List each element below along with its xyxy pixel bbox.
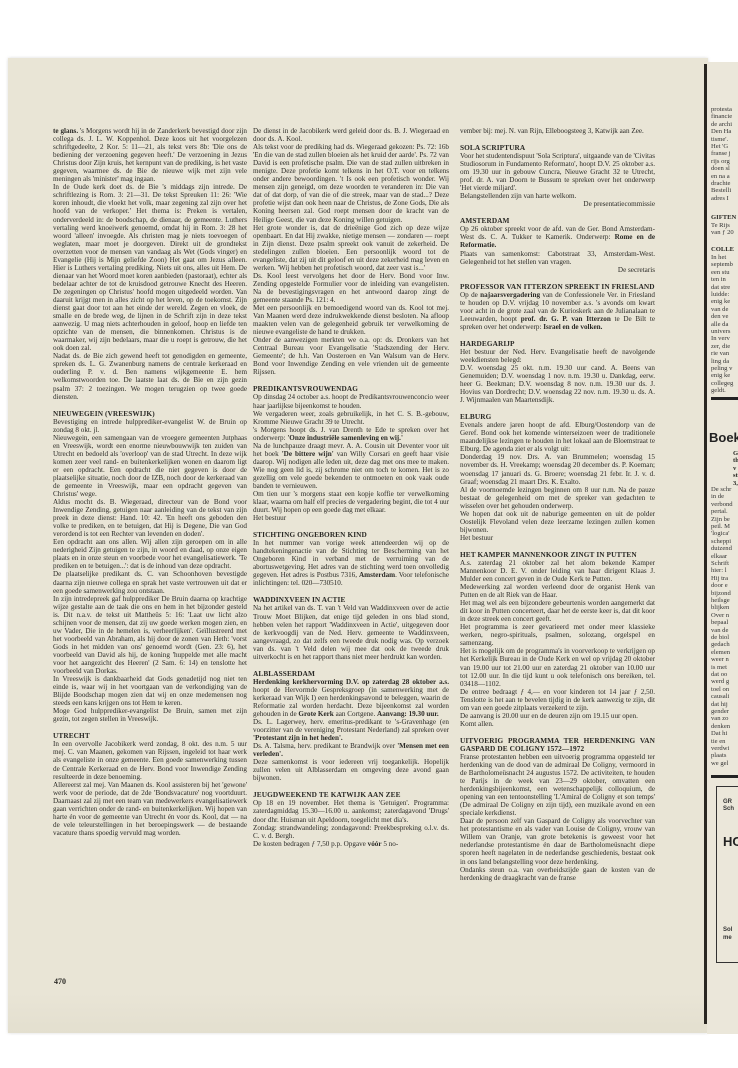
article-paragraph: Onder de aanwezigen merkten we o.a. op: …: [253, 336, 449, 376]
article-heading: HARDEGARIJP: [460, 340, 655, 348]
article-paragraph: Moge God hulpprediker-evangelist De Brui…: [53, 707, 247, 723]
article-paragraph: Zondag: strandwandeling; zondagavond: Pr…: [253, 824, 449, 840]
article-paragraph: Na het artikel van ds. T. van 't Veld va…: [253, 604, 449, 660]
adjacent-text-line: de archi: [711, 121, 738, 128]
ad-text: Sch: [723, 806, 734, 813]
article-heading: NIEUWEGEIN (VREESWIJK): [53, 410, 247, 418]
article-paragraph: Allereerst zal mej. Van Maanen ds. Kool …: [53, 781, 247, 837]
article-paragraph: Deze samenkomst is voor iedereen vrij to…: [253, 758, 449, 782]
article-paragraph: 's Morgens hoopt ds. J. van Drenth te Ed…: [253, 426, 449, 442]
adjacent-text-line: In verv: [711, 335, 738, 342]
article-paragraph: Het is mogelijk om de programma's in voo…: [460, 647, 655, 687]
adjacent-heading-boek: Boek: [709, 430, 738, 445]
adjacent-text-line: causali: [711, 693, 738, 700]
adjacent-text-line: van de: [711, 627, 738, 634]
adjacent-text-line: den ve: [711, 313, 738, 320]
adjacent-subheading: v: [733, 465, 736, 472]
adjacent-text-line: In het: [711, 254, 738, 261]
article-paragraph: Op dinsdag 24 october a.s. hoopt de Pred…: [253, 393, 449, 409]
adjacent-text-line: van zo: [711, 715, 738, 722]
adjacent-text-line: franse j: [711, 150, 738, 157]
article-paragraph: Nadat ds. de Bie zich gewend heeft tot g…: [53, 352, 247, 400]
adjacent-text-line: een stu: [711, 269, 738, 276]
article-paragraph: Het bestuur: [253, 514, 449, 522]
adjacent-text-line: dat oo: [711, 671, 738, 678]
adjacent-text-line: Dat hi: [711, 730, 738, 737]
article-paragraph: Op 18 en 19 november. Het thema is 'Getu…: [253, 799, 449, 823]
adjacent-text-line: van de: [711, 306, 738, 313]
article-paragraph: te glans. 's Morgens wordt hij in de Zan…: [53, 127, 247, 183]
adjacent-text-line: de biol: [711, 634, 738, 641]
adjacent-text-line: adres I: [711, 195, 738, 202]
adjacent-text-line: en na a: [711, 173, 738, 180]
article-paragraph: Bevestiging en intrede hulpprediker-evan…: [53, 418, 247, 434]
adjacent-text-line: financie: [711, 113, 738, 120]
article-heading: HET KAMPER MANNENKOOR ZINGT IN PUTTEN: [460, 551, 655, 559]
article-paragraph: Het programma is zeer gevarieerd met ond…: [460, 623, 655, 647]
article-paragraph: Plaats van samenkomst: Cabotstraat 33, A…: [460, 250, 655, 266]
adjacent-text-line: scheppi: [711, 538, 738, 545]
adjacent-text-line: dat hij: [711, 701, 738, 708]
adjacent-text-line: zer, die: [711, 343, 738, 350]
article-paragraph: Al de voornoemde lezingen beginnen om 8 …: [460, 486, 655, 510]
adjacent-heading-giften: GIFTEN: [711, 214, 736, 221]
column-2: De dienst in de Jacobikerk werd geleid d…: [253, 127, 449, 848]
article-paragraph: Ondanks steun o.a. van overheidszijde ga…: [460, 866, 655, 882]
adjacent-text-line: univers: [711, 328, 738, 335]
adjacent-text-line: gender: [711, 708, 738, 715]
adjacent-subheading: th: [733, 457, 738, 464]
article-heading: PREDIKANTSVROUWENDAG: [253, 385, 449, 393]
adjacent-text-line: 'logica': [711, 530, 738, 537]
adjacent-text-line: elemen: [711, 649, 738, 656]
adjacent-text-line: van ƒ 20: [711, 229, 738, 236]
adjacent-subheading: G: [733, 450, 738, 457]
adjacent-text-line: Zijn be: [711, 516, 738, 523]
adjacent-text-line: De schr: [711, 486, 738, 493]
article-paragraph: De kosten bedragen ƒ 7,50 p.p. Opgave vó…: [253, 840, 449, 848]
adjacent-heading-collecte: COLLE: [711, 246, 734, 253]
adjacent-text-line: enig ke: [711, 298, 738, 305]
adjacent-text-line: blijken: [711, 604, 738, 611]
adjacent-text-line: plaats: [711, 752, 738, 759]
ad-headline: HO: [723, 834, 738, 849]
article-paragraph: Belangstellenden zijn van harte welkom.: [460, 192, 655, 200]
article-paragraph: Het bestuur der Ned. Herv. Evangelisatie…: [460, 348, 655, 364]
adjacent-text-line: denken: [711, 723, 738, 730]
adjacent-text-line: weer n: [711, 656, 738, 663]
article-paragraph: Op de najaarsvergadering van de Confessi…: [460, 291, 655, 331]
article-paragraph: Nieuwegein, een samengaan van de vroeger…: [53, 434, 247, 498]
article-paragraph: Aldus mocht ds. B. Wiegeraad, directeur …: [53, 498, 247, 538]
adjacent-text-line: Hij tra: [711, 575, 738, 582]
adjacent-text-line: rie van: [711, 350, 738, 357]
ad-text: me: [723, 935, 732, 942]
adjacent-text-line: Schrift: [711, 560, 738, 567]
article-paragraph: A.s. zaterdag 21 oktober zal het alom be…: [460, 559, 655, 583]
article-paragraph: Het mag wel als een bijzondere gebeurten…: [460, 599, 655, 623]
adjacent-subheading: st: [733, 472, 738, 479]
adjacent-text-line: heilsge: [711, 597, 738, 604]
adjacent-text-line: Den Ha: [711, 128, 738, 135]
adjacent-text-line: Over n: [711, 612, 738, 619]
adjacent-text-line: peling v: [711, 365, 738, 372]
article-paragraph: Ds. A. Talsma, herv. predikant te Brandw…: [253, 742, 449, 758]
article-heading: ELBURG: [460, 413, 655, 421]
advertisement-box: GRSchHOSolme: [716, 786, 738, 963]
adjacent-text-line: we gel: [711, 760, 738, 767]
adjacent-text-line: tie en: [711, 738, 738, 745]
article-paragraph: In Vreeswijk is dankbaarheid dat Gods ge…: [53, 675, 247, 707]
article-paragraph: We vergaderen weer, zoals gebruikelijk, …: [253, 410, 449, 426]
adjacent-text-line: is met: [711, 664, 738, 671]
adjacent-text-line: geldt.: [711, 387, 738, 394]
article-paragraph: We hopen dat ook uit de naburige gemeent…: [460, 510, 655, 534]
article-heading: JEUGDWEEKEND TE KATWIJK AAN ZEE: [253, 791, 449, 799]
adjacent-text-line: drachte: [711, 180, 738, 187]
article-paragraph: In de Oude kerk doet ds. de Bie 's midda…: [53, 183, 247, 352]
article-paragraph: Voor het studentendispuut 'Sola Scriptur…: [460, 152, 655, 192]
ad-text: GR: [723, 799, 732, 806]
adjacent-text-line: Het 'G: [711, 143, 738, 150]
adjacent-text-line: door e: [711, 582, 738, 589]
divider-rule: [711, 397, 738, 400]
adjacent-text-line: gedach: [711, 641, 738, 648]
adjacent-text-line: alle da: [711, 321, 738, 328]
adjacent-text-line: bepaal: [711, 619, 738, 626]
adjacent-text-line: pertal.: [711, 508, 738, 515]
adjacent-text-line: dat stre: [711, 284, 738, 291]
article-heading: WADDINXVEEN IN ACTIE: [253, 596, 449, 604]
ad-text: Sol: [723, 927, 732, 934]
adjacent-text-line: hier: l: [711, 567, 738, 574]
article-paragraph: Om tien uur 's morgens staat een kopje k…: [253, 490, 449, 514]
article-paragraph: De entree bedraagt ƒ 4,— en voor kindere…: [460, 688, 655, 712]
article-paragraph: Komt allen.: [460, 720, 655, 728]
adjacent-text-line: luidde:: [711, 291, 738, 298]
adjacent-text-line: collegeg: [711, 380, 738, 387]
adjacent-text-line: tisme'.: [711, 136, 738, 143]
adjacent-text-line: ten in: [711, 276, 738, 283]
article-paragraph: De plaatselijke predikant ds. C. van Sch…: [53, 570, 247, 594]
article-paragraph: De dienst in de Jacobikerk werd geleid d…: [253, 127, 449, 143]
article-paragraph: Na de lunchpauze draagt mevr. A. A. Cous…: [253, 442, 449, 490]
column-1: te glans. 's Morgens wordt hij in de Zan…: [53, 127, 247, 837]
divider-rule: [711, 775, 738, 778]
column-3: vember bij: mej. N. van Rijn, Elleboogst…: [460, 127, 655, 882]
article-paragraph: Medewerking zal worden verleend door de …: [460, 583, 655, 599]
article-paragraph: Als tekst voor de prediking had ds. Wieg…: [253, 143, 449, 223]
adjacent-text-line: Bestelli: [711, 187, 738, 194]
adjacent-text-line: enig ke: [711, 372, 738, 379]
adjacent-page-sliver: protestafinanciede archiDen Hatisme'.Het…: [707, 62, 738, 1034]
article-paragraph: Ds. L. Lagerwey, herv. emeritus-predikan…: [253, 718, 449, 742]
adjacent-text-line: verbond: [711, 501, 738, 508]
article-heading: PROFESSOR VAN ITTERZON SPREEKT IN FRIESL…: [460, 283, 655, 291]
adjacent-text-line: verdwi: [711, 745, 738, 752]
adjacent-text-line: septemb: [711, 261, 738, 268]
article-paragraph: vember bij: mej. N. van Rijn, Elleboogst…: [460, 127, 655, 135]
article-paragraph: In het nummer van vorige week attendeerd…: [253, 539, 449, 587]
article-paragraph: Daar de persoon zelf van Gaspard de Coli…: [460, 817, 655, 865]
article-paragraph: Franse protestanten hebben een uitvoerig…: [460, 753, 655, 817]
article-heading: ALBLASSERDAM: [253, 670, 449, 678]
adjacent-text-line: toel on: [711, 686, 738, 693]
adjacent-text-line: werd g: [711, 678, 738, 685]
article-paragraph: Het bestuur: [460, 534, 655, 542]
article-paragraph: D.V. woensdag 25 okt. n.m. 19.30 uur can…: [460, 364, 655, 404]
adjacent-text-line: ling da: [711, 358, 738, 365]
article-heading: SOLA SCRIPTURA: [460, 144, 655, 152]
article-paragraph: Ds. Kool leest vervolgens het door de He…: [253, 272, 449, 304]
article-paragraph: In een overvolle Jacobikerk werd zondag,…: [53, 740, 247, 780]
article-heading: UTRECHT: [53, 732, 247, 740]
article-signature: De secretaris: [460, 266, 655, 274]
article-paragraph: Donderdag 19 nov. Drs. A. van Brummelen;…: [460, 453, 655, 485]
article-paragraph: Met een persoonlijk en bemoedigend woord…: [253, 304, 449, 336]
article-paragraph: In zijn intredepreek gaf hulpprediker De…: [53, 595, 247, 675]
article-paragraph: Op 26 oktober spreekt voor de afd. van d…: [460, 225, 655, 249]
article-paragraph: Een opdracht aan ons allen. Wij allen zi…: [53, 538, 247, 570]
adjacent-text-line: in de: [711, 493, 738, 500]
article-paragraph: De aanvang is 20.00 uur en de deuren zij…: [460, 712, 655, 720]
page-number: 470: [54, 977, 66, 986]
article-heading: UITVOERIG PROGRAMMA TER HERDENKING VAN G…: [460, 737, 655, 753]
article-heading: AMSTERDAM: [460, 217, 655, 225]
article-paragraph: Herdenking kerkhervorming D.V. op zaterd…: [253, 678, 449, 718]
adjacent-text-line: peil. M: [711, 523, 738, 530]
article-heading: STICHTING ONGEBOREN KIND: [253, 531, 449, 539]
adjacent-text-line: duizend: [711, 545, 738, 552]
adjacent-text-line: elkaar: [711, 553, 738, 560]
adjacent-text-line: Te Rijs: [711, 222, 738, 229]
adjacent-text-line: protesta: [711, 106, 738, 113]
article-signature: De presentatiecommissie: [460, 200, 655, 208]
article-paragraph: Het grote wonder is, dat de drieënige Go…: [253, 224, 449, 272]
adjacent-text-line: doen sl: [711, 165, 738, 172]
adjacent-text-line: rijs org: [711, 158, 738, 165]
adjacent-text-line: bijzond: [711, 590, 738, 597]
article-paragraph: Evenals andere jaren hoopt de afd. Elbur…: [460, 421, 655, 453]
